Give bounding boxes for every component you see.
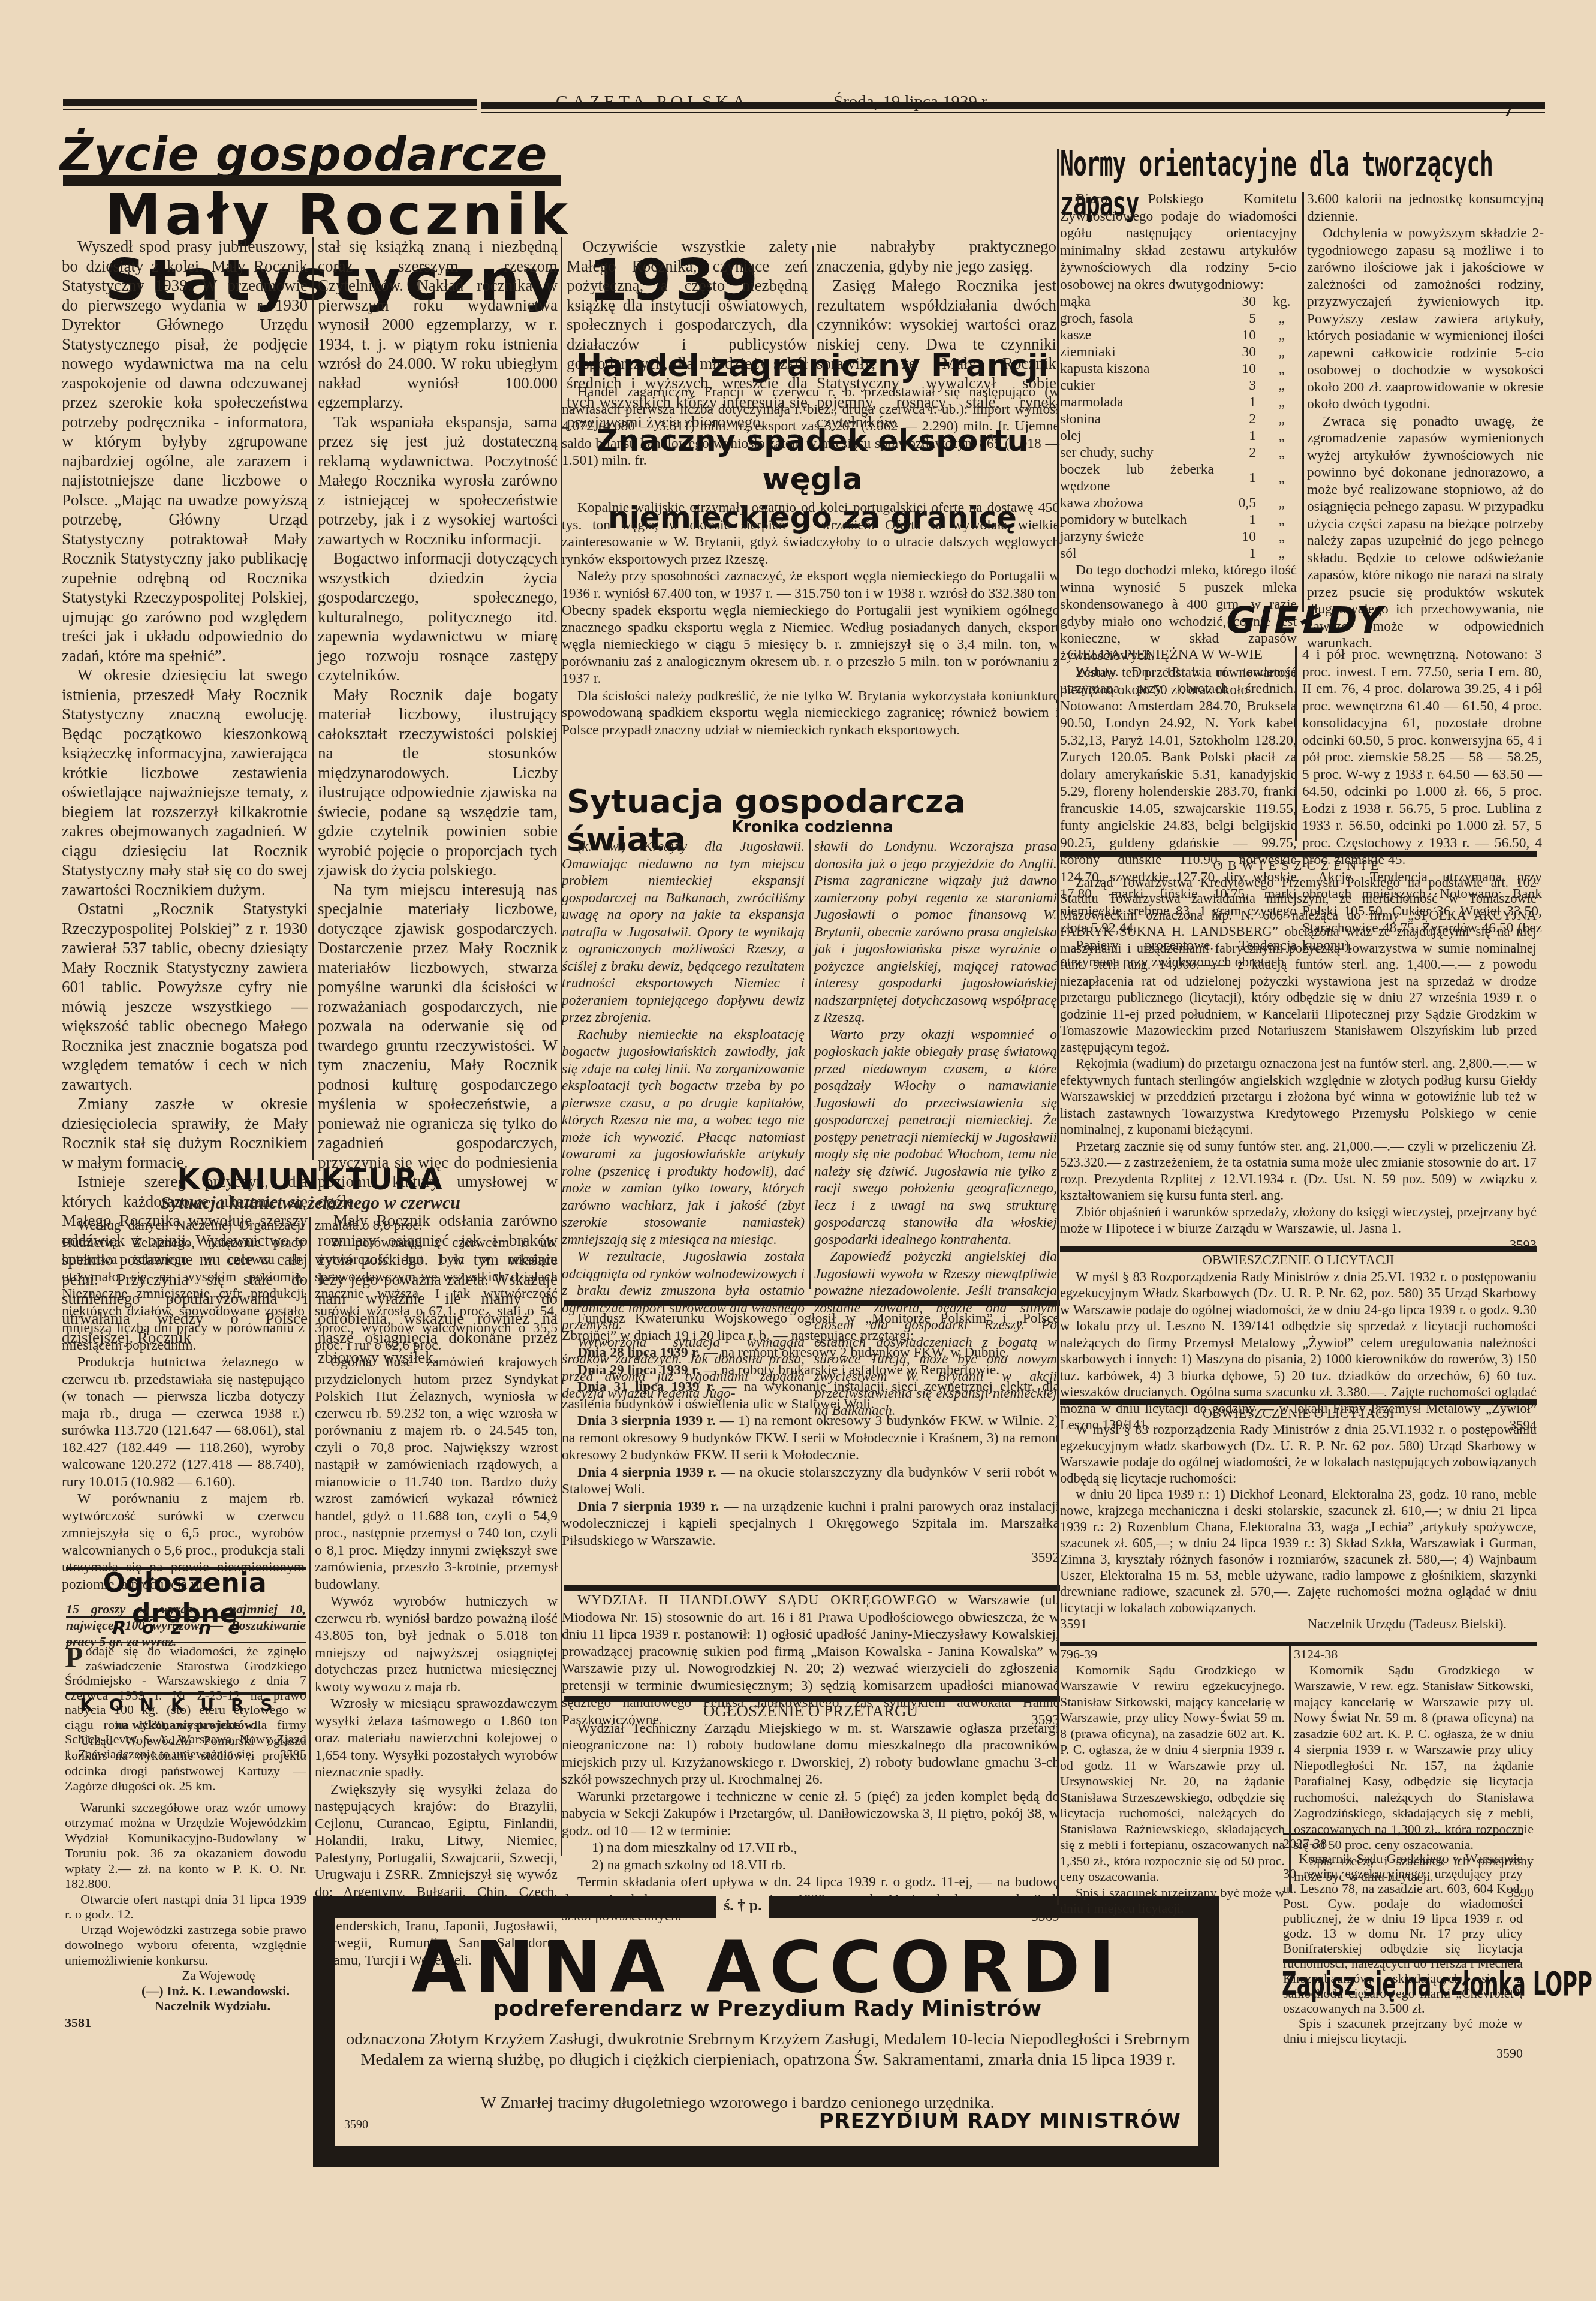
divider-rule <box>1060 1399 1537 1405</box>
obituary-role: podreferendarz w Prezydium Rady Ministró… <box>336 1996 1199 2021</box>
koniunktura-par: Wywóz wyrobów hutniczych w czerwcu rb. w… <box>315 1593 558 1695</box>
koniunktura-par: Według danych Naczelnej Organizacji Hutn… <box>62 1217 305 1354</box>
konkurs-par: Urząd Wojewódzki Pomorski ogłasza konkur… <box>65 1733 306 1794</box>
food-row: ser chudy, suchy2„ <box>1060 444 1297 461</box>
obwieszczenie-par: Przetarg zacznie się od sumy funtów ster… <box>1060 1138 1537 1204</box>
fkw-notice: Fundusz Kwaterunku Wojskowego ogłosił w … <box>562 1310 1059 1567</box>
food-row: olej1„ <box>1060 427 1297 444</box>
obwieszczenie-title: OBWIESZCZENIE <box>1060 857 1537 874</box>
col-divider <box>812 246 814 339</box>
licytacja-2-par: w dniu 20 lipca 1939 r.: 1) Dickhof Leon… <box>1060 1486 1537 1616</box>
food-row: kapusta kiszona10„ <box>1060 360 1297 377</box>
gieldy-subhead: GIEŁDA PIENIĘŻNA W W-WIE <box>1060 646 1297 664</box>
obwieszczenie-par: Rękojmia (wadium) do przetargu oznaczona… <box>1060 1055 1537 1138</box>
przetarg-item: 1) na dom mieszkalny od 17.VII rb., <box>562 1839 1059 1857</box>
divider-rule <box>564 1585 1060 1591</box>
konkurs-par: Urząd Wojewódzki zastrzega sobie prawo d… <box>65 1922 306 1968</box>
col-divider <box>809 839 811 1289</box>
divider-rule <box>1283 1959 1520 1963</box>
rocznik-par: stał się książką znaną i niezbędną coraz… <box>318 237 558 412</box>
licytacja-2-par: W myśl § 83 rozporządzenia Rady Ministró… <box>1060 1421 1537 1486</box>
konkurs-par: Otwarcie ofert nastąpi dnia 31 lipca 193… <box>65 1892 306 1922</box>
gieldy-headline: GIEŁDY <box>1060 600 1552 641</box>
food-row: słonina2„ <box>1060 411 1297 427</box>
przetarg-par: Wydział Techniczny Zarządu Miejskiego w … <box>562 1720 1059 1788</box>
rocznik-par: W okresie dziesięciu lat swego istnienia… <box>62 665 308 899</box>
ad-ref: 3590 <box>1283 2046 1523 2061</box>
wegiel-par: Kopalnie walijskie otrzymały ostatnio od… <box>562 499 1059 568</box>
konkurs-par: Warunki szczegółowe oraz wzór umowy otrz… <box>65 1800 306 1892</box>
rocznik-par: Wyszedł spod prasy jubileuszowy, bo dzie… <box>62 237 308 665</box>
licytacja-1-title: OBWIESZCZENIE O LICYTACJI <box>1060 1252 1537 1269</box>
food-row: mąka30kg. <box>1060 293 1297 310</box>
normy-par: 3.600 kalorii na jednostkę konsumcyjną d… <box>1307 191 1544 225</box>
obwieszczenie-par: Zarząd Towarzystwa Kredytowego Przemysłu… <box>1060 874 1537 1056</box>
koniunktura-par: W porównaniu z czerwcem r. ub. wytwórczo… <box>315 1234 558 1354</box>
licytacja-2-sign: Naczelnik Urzędu (Tadeusz Bielski). <box>1308 1616 1537 1632</box>
koniunktura-headline: KONIUNKTURA <box>62 1162 559 1197</box>
masthead-rule-right-thin <box>481 112 1545 113</box>
komornik-1-par: Komornik Sądu Grodzkiego w Warszawie V r… <box>1060 1662 1285 1885</box>
komornik-1-notice: 796-39 Komornik Sądu Grodzkiego w Warsza… <box>1060 1646 1285 1917</box>
normy-intro: Biuro Polskiego Komitetu Żywnościowego p… <box>1060 191 1297 293</box>
divider-rule <box>1060 1246 1537 1252</box>
rocznik-par: Tak wspaniała ekspansja, sama przez się … <box>318 412 558 549</box>
divider-rule <box>1060 1642 1537 1646</box>
ad-ref: 3592 <box>562 1549 1059 1567</box>
fkw-item: Dnia 3 sierpnia 1939 r. — 1) na remont o… <box>562 1412 1059 1464</box>
obwieszczenie-notice: OBWIESZCZENIE Zarząd Towarzystwa Kredyto… <box>1060 857 1537 1253</box>
food-row: sól1„ <box>1060 545 1297 562</box>
swiat-par: Warto przy okazji wspomnieć o pogłoskach… <box>814 1026 1057 1249</box>
rocznik-par: Mały Rocznik daje bogaty materiał liczbo… <box>318 685 558 880</box>
rocznik-par: Bogactwo informacji dotyczących wszystki… <box>318 549 558 685</box>
divider-rule <box>564 1300 1060 1306</box>
divider-rule <box>564 1696 1060 1702</box>
rocznik-par: Zmiany zaszłe w okresie dziesięciolecia … <box>62 1094 308 1172</box>
swiat-par: sławii do Londynu. Wczorajsza prasa dono… <box>814 838 1057 1026</box>
masthead-rule-right <box>481 102 1545 109</box>
komornik-1-par: Spis i szacunek przejrzany być może w dn… <box>1060 1885 1285 1917</box>
ad-ref: 3591 <box>1060 1616 1087 1632</box>
rozne-dropcap: P <box>65 1644 83 1670</box>
col-divider <box>312 237 314 1160</box>
normy-col-2: 3.600 kalorii na jednostkę konsumcyjną d… <box>1307 191 1544 652</box>
wegiel-par: Dla ścisłości należy podkreślić, że nie … <box>562 688 1059 739</box>
obwieszczenie-par: Zbiór objaśnień i warunków sprzedaży, zł… <box>1060 1204 1537 1237</box>
food-row: cukier3„ <box>1060 377 1297 394</box>
koniunktura-subhead: Sytuacja hutnictwa żelaznego w czerwcu <box>62 1193 559 1213</box>
komornik-2-par: Komornik Sądu Grodzkiego w Warszawie, V … <box>1294 1662 1534 1853</box>
ad-ref: 3590 <box>344 2118 368 2132</box>
fkw-item: Dnia 31 lipca 1939 r. — na wykonanie ins… <box>562 1378 1059 1412</box>
wegiel-par: Należy przy sposobności zaznaczyć, że ek… <box>562 568 1059 688</box>
francja-headline: Handel zagraniczny Francji <box>564 348 1061 384</box>
koniunktura-par: Produkcja hutnictwa żelaznego w czerwcu … <box>62 1354 305 1490</box>
licytacja-2-title: OBWIESZCZENIE O LICYTACJI <box>1060 1405 1537 1421</box>
rozne-title: Różne <box>62 1618 308 1639</box>
fkw-item: Dnia 29 lipca 1939 r. — na roboty brukar… <box>562 1362 1059 1379</box>
komornik-2-case: 3124-38 <box>1294 1646 1534 1662</box>
fkw-item: Dnia 7 sierpnia 1939 r. — na urządzenie … <box>562 1498 1059 1550</box>
food-row: groch, fasola5„ <box>1060 310 1297 327</box>
food-row: pomidory w butelkach1„ <box>1060 511 1297 528</box>
konkurs-title: KONKURS <box>62 1695 308 1715</box>
konkurs-subtitle: na wykonanie projektów. <box>65 1717 306 1733</box>
divider-rule <box>1283 1833 1523 1835</box>
koniunktura-col-2: zmalała o 8,8 proc. W porównaniu z czerw… <box>315 1217 558 1969</box>
konkurs-sign-3: Naczelnik Wydziału. <box>65 1998 306 2014</box>
licytacja-2-notice: OBWIESZCZENIE O LICYTACJI W myśl § 83 ro… <box>1060 1405 1537 1632</box>
komornik-3-par: Spis i szacunek przejrzany być może w dn… <box>1283 2016 1523 2046</box>
rocznik-par: nie nabrałyby praktycznego znaczenia, gd… <box>817 237 1056 276</box>
lopp-slogan: Zapisz się na członka LOPP <box>1282 1965 1522 2004</box>
col-divider <box>1295 646 1297 841</box>
koniunktura-par: Wzrosły w miesiącu sprawozdawczym wysyłk… <box>315 1695 558 1781</box>
komornik-3-notice: 2027-38 Komornik Sądu Grodzkiego w Warsz… <box>1283 1836 1523 2061</box>
swiat-par: (k. w.) Kredyty dla Jugosławii. Omawiają… <box>562 838 805 1026</box>
przetarg-title: OGŁOSZENIE O PRZETARGU <box>562 1703 1059 1720</box>
food-row: kasze10„ <box>1060 327 1297 344</box>
wegiel-headline-1: Znaczny spadek eksportu węgla <box>564 421 1061 498</box>
divider-rule <box>1060 851 1537 857</box>
col-divider <box>309 1217 311 1835</box>
przetarg-notice: OGŁOSZENIE O PRZETARGU Wydział Techniczn… <box>562 1703 1059 1925</box>
wydzial-lead: WYDZIAŁ II HANDLOWY SĄDU OKRĘGOWEGO <box>577 1592 937 1608</box>
food-row: jarzyny świeże10„ <box>1060 528 1297 545</box>
food-table: mąka30kg.groch, fasola5„kasze10„ziemniak… <box>1060 293 1297 562</box>
gieldy-par: 4 i pół proc. wewnętrzną. Notowano: 3 pr… <box>1302 646 1542 869</box>
ad-ref: 3581 <box>65 2015 306 2031</box>
food-row: boczek lub żeberka wędzone1„ <box>1060 461 1297 495</box>
rocznik-par: Ostatni „Rocznik Statystyki Rzeczypospol… <box>62 899 308 1094</box>
przetarg-item: 2) na gmach szkolny od 18.VII rb. <box>562 1857 1059 1874</box>
fkw-item: Dnia 4 sierpnia 1939 r. — na okucie stol… <box>562 1464 1059 1498</box>
komornik-1-case: 796-39 <box>1060 1646 1285 1662</box>
section-title: Życie gospodarcze <box>60 128 547 181</box>
food-row: ziemniaki30„ <box>1060 344 1297 360</box>
food-row: kawa zbożowa0,5„ <box>1060 495 1297 511</box>
koniunktura-par: Ogólna ilość zamówień krajowych przydzie… <box>315 1354 558 1593</box>
obituary-body: odznaczona Złotym Krzyżem Zasługi, dwukr… <box>342 2029 1194 2070</box>
wegiel-body: Kopalnie walijskie otrzymały ostatnio od… <box>562 499 1059 739</box>
masthead-rule-left <box>63 99 477 106</box>
koniunktura-par: zmalała o 8,8 proc. <box>315 1217 558 1234</box>
col-divider <box>1302 192 1304 612</box>
konkurs-sign-1: Za Wojewodę <box>65 1968 306 1983</box>
koniunktura-col-1: Według danych Naczelnej Organizacji Hutn… <box>62 1217 305 1593</box>
komornik-3-case: 2027-38 <box>1283 1836 1523 1851</box>
konkurs-body: na wykonanie projektów. Urząd Wojewódzki… <box>65 1717 306 2030</box>
konkurs-sign-2: (—) Inż. K. Lewandowski. <box>65 1983 306 1999</box>
przetarg-par: Warunki przetargowe i techniczne w cenie… <box>562 1788 1059 1840</box>
col-divider <box>1057 149 1059 1905</box>
swiat-par: Rachuby niemieckie na eksploatację bogac… <box>562 1026 805 1249</box>
obituary-signature: PREZYDIUM RADY MINISTRÓW <box>743 2109 1181 2133</box>
normy-par: Odchylenia w powyższym składzie 2-tygodn… <box>1307 225 1544 413</box>
obituary-sp: ś. † p. <box>716 1896 769 1914</box>
food-row: marmolada1„ <box>1060 394 1297 411</box>
fkw-intro: Fundusz Kwaterunku Wojskowego ogłosił w … <box>562 1310 1059 1344</box>
fkw-item: Dnia 28 lipca 1939 r. — na remont okreso… <box>562 1344 1059 1362</box>
swiat-subhead: Kronika codzienna <box>564 818 1061 836</box>
masthead-rule-left-thin <box>63 109 477 110</box>
